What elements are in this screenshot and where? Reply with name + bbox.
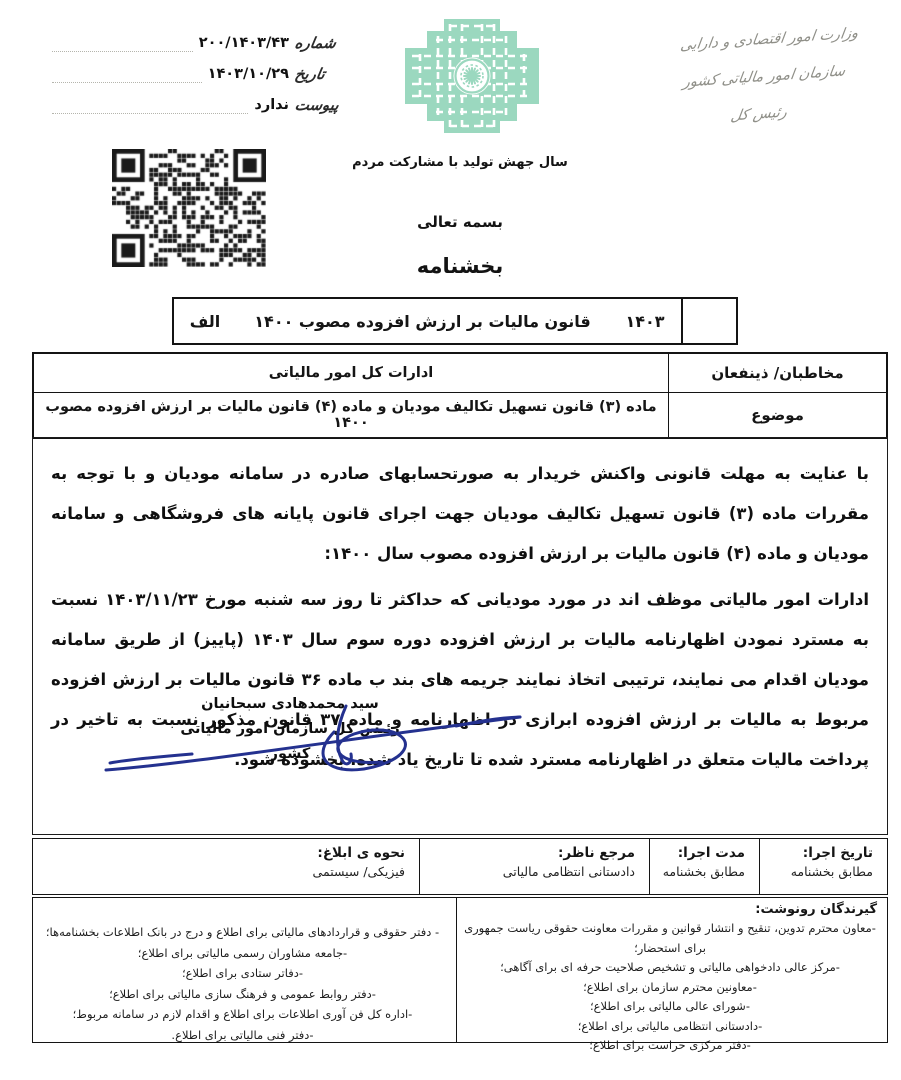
number-value: ۲۰۰/۱۴۰۳/۴۳ xyxy=(193,35,295,52)
date-label: تاریخ xyxy=(293,65,358,83)
dotted-line xyxy=(52,100,248,114)
audience-row: مخاطبان/ ذینفعان ادارات کل امور مالیاتی xyxy=(34,354,886,392)
date-row: تاریخ ۱۴۰۳/۱۰/۲۹ xyxy=(52,65,357,83)
supervisor-value: دادستانی انتظامی مالیاتی xyxy=(426,864,635,879)
signature-block: سید محمدهادی سبحانیان رئیس کل سازمان امو… xyxy=(160,692,420,767)
attachment-value: ندارد xyxy=(248,97,295,114)
date-value: ۱۴۰۳/۱۰/۲۹ xyxy=(202,66,295,83)
delivery-method-cell: نحوه ی ابلاغ: فیزیکی/ سیستمی xyxy=(33,839,419,894)
exec-duration-value: مطابق بخشنامه xyxy=(656,864,745,879)
body-paragraph-1: با عنایت به مهلت قانونی واکنش خریدار به … xyxy=(51,454,869,574)
attachment-row: پیوست ندارد xyxy=(52,96,357,114)
cc-item: -دفتر روابط عمومی و فرهنگ سازی مالیاتی ب… xyxy=(39,984,446,1005)
exec-date-cell: تاریخ اجرا: مطابق بخشنامه xyxy=(759,839,887,894)
subject-row: موضوع ماده (۳) قانون تسهیل تکالیف مودیان… xyxy=(34,392,886,437)
subject-value: ماده (۳) قانون تسهیل تکالیف مودیان و ماد… xyxy=(34,393,668,437)
exec-date-label: تاریخ اجرا: xyxy=(766,845,873,861)
cc-title: گیرندگان رونوشت: xyxy=(463,902,877,917)
number-label: شماره xyxy=(293,34,358,52)
tax-organization-logo-icon xyxy=(396,14,548,138)
dotted-line xyxy=(52,69,202,83)
cc-item: -اداره کل فن آوری اطلاعات برای اطلاع و ا… xyxy=(39,1004,446,1025)
besmellah-text: بسمه تعالی xyxy=(20,213,900,231)
law-title-cell: قانون مالیات بر ارزش افزوده مصوب ۱۴۰۰ xyxy=(236,299,609,343)
number-row: شماره ۲۰۰/۱۴۰۳/۴۳ xyxy=(52,34,357,52)
execution-meta-table: تاریخ اجرا: مطابق بخشنامه مدت اجرا: مطاب… xyxy=(32,838,888,895)
signer-title: رئیس کل سازمان امور مالیاتی کشور xyxy=(160,717,420,767)
year-cell: ۱۴۰۳ xyxy=(609,299,681,343)
classification-table: ۱۴۰۳ قانون مالیات بر ارزش افزوده مصوب ۱۴… xyxy=(172,297,738,345)
circular-document-page: شماره ۲۰۰/۱۴۰۳/۴۳ تاریخ ۱۴۰۳/۱۰/۲۹ پیوست… xyxy=(0,0,901,1080)
cc-item: -مرکز عالی دادخواهی مالیاتی و تشخیص صلاح… xyxy=(463,958,877,978)
audience-label: مخاطبان/ ذینفعان xyxy=(668,354,886,392)
audience-value: ادارات کل امور مالیاتی xyxy=(34,354,668,392)
serial-cell xyxy=(681,299,736,343)
cc-item: -جامعه مشاوران رسمی مالیاتی برای اطلاع؛ xyxy=(39,943,446,964)
subject-label: موضوع xyxy=(668,393,886,437)
exec-date-value: مطابق بخشنامه xyxy=(766,864,873,879)
signer-name: سید محمدهادی سبحانیان xyxy=(160,692,420,717)
delivery-method-value: فیزیکی/ سیستمی xyxy=(39,864,405,879)
addressee-subject-table: مخاطبان/ ذینفعان ادارات کل امور مالیاتی … xyxy=(32,352,888,439)
dotted-line xyxy=(52,38,193,52)
cc-item: -دفاتر ستادی برای اطلاع؛ xyxy=(39,963,446,984)
ministry-calligraphy: وزارت امور اقتصادی و دارایی سازمان امور … xyxy=(631,13,896,143)
reference-block: شماره ۲۰۰/۱۴۰۳/۴۳ تاریخ ۱۴۰۳/۱۰/۲۹ پیوست… xyxy=(52,34,357,127)
cc-item: -دادستانی انتظامی مالیاتی برای اطلاع؛ xyxy=(463,1017,877,1037)
copy-recipients-box: گیرندگان رونوشت: -معاون محترم تدوین، تنق… xyxy=(32,897,888,1043)
attachment-label: پیوست xyxy=(293,96,358,114)
exec-duration-cell: مدت اجرا: مطابق بخشنامه xyxy=(649,839,759,894)
cc-column-left: - دفتر حقوقی و قراردادهای مالیاتی برای ا… xyxy=(33,898,456,1042)
exec-duration-label: مدت اجرا: xyxy=(656,845,745,861)
year-slogan: سال جهش تولید با مشارکت مردم xyxy=(20,155,900,170)
cc-item: -دفتر مرکزی حراست برای اطلاع؛ xyxy=(463,1036,877,1056)
cc-item: -دفتر فنی مالیاتی برای اطلاع. xyxy=(39,1025,446,1046)
circular-body: با عنایت به مهلت قانونی واکنش خریدار به … xyxy=(32,437,888,835)
cc-item: -معاون محترم تدوین، تنقیح و انتشار قوانی… xyxy=(463,919,877,958)
document-type-title: بخشنامه xyxy=(20,254,900,278)
supervisor-label: مرجع ناظر: xyxy=(426,845,635,861)
cc-item: -معاونین محترم سازمان برای اطلاع؛ xyxy=(463,978,877,998)
cc-item: - دفتر حقوقی و قراردادهای مالیاتی برای ا… xyxy=(39,922,446,943)
cc-column-right: گیرندگان رونوشت: -معاون محترم تدوین، تنق… xyxy=(456,898,887,1042)
class-letter-cell: الف xyxy=(174,299,236,343)
cc-item: -شورای عالی مالیاتی برای اطلاع؛ xyxy=(463,997,877,1017)
supervisor-cell: مرجع ناظر: دادستانی انتظامی مالیاتی xyxy=(419,839,649,894)
delivery-method-label: نحوه ی ابلاغ: xyxy=(39,845,405,861)
